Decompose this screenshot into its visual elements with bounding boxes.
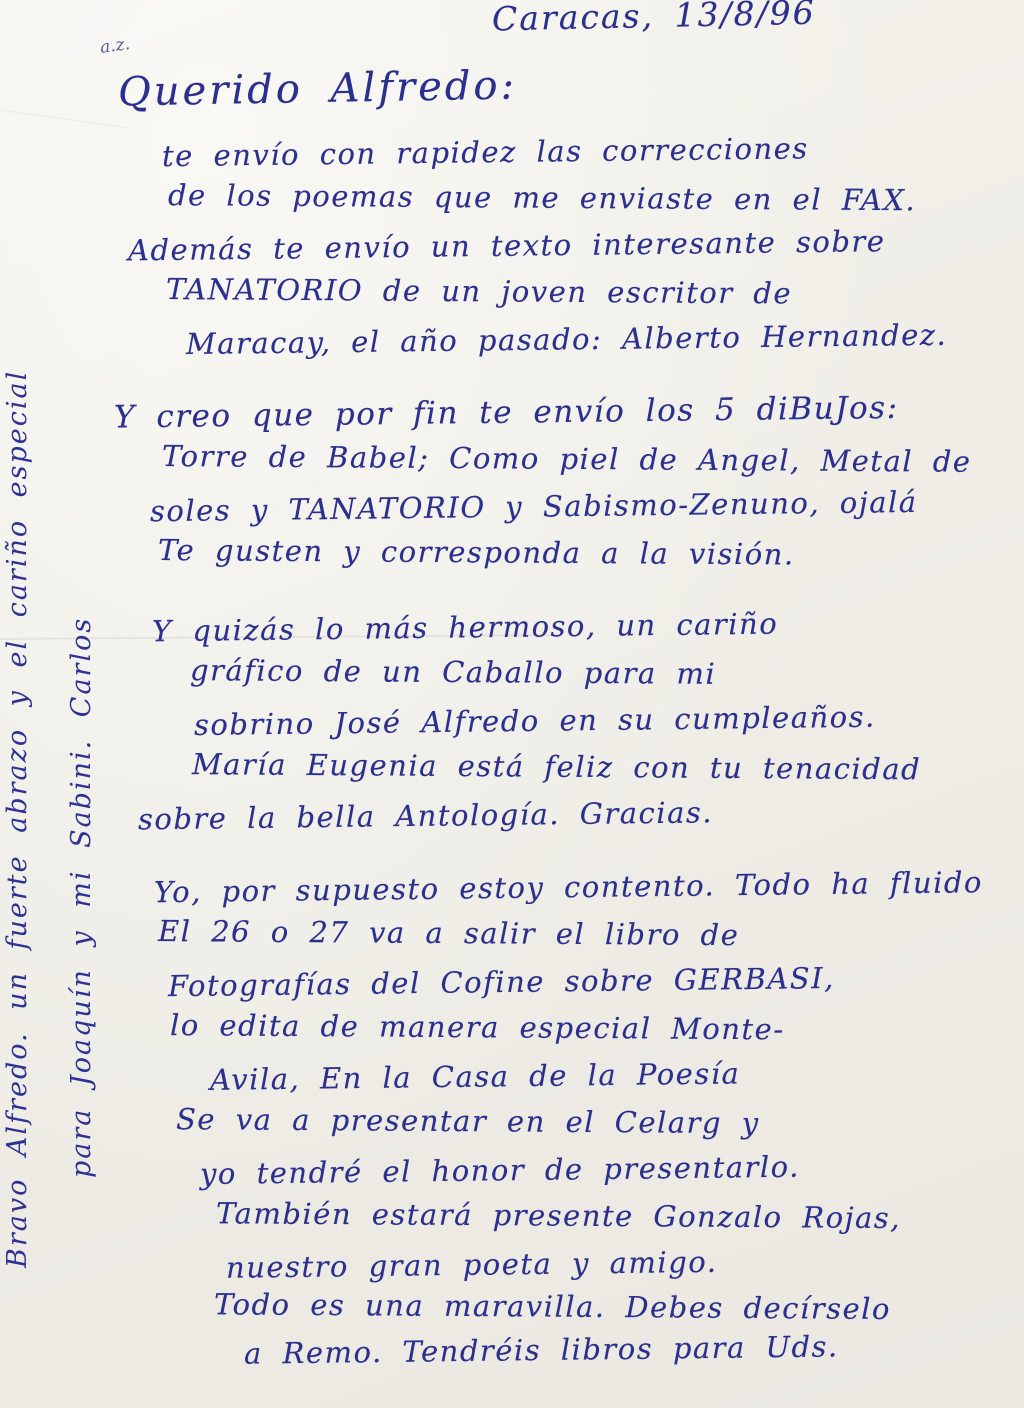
letter-body: te envío con rapidez las correcciones de… [128, 128, 1008, 1371]
paragraph-line: gráfico de un Caballo para mi [190, 647, 1008, 700]
paragraph-line: Yo, por supuesto estoy contento. Todo ha… [154, 859, 1009, 916]
paragraph-line: a Remo. Tendréis libros para Uds. [244, 1322, 1008, 1375]
paragraph-line: Fotografías del Cofine sobre GERBASI, [168, 953, 1009, 1010]
paragraph-1: te envío con rapidez las correcciones de… [128, 128, 1008, 363]
letter-date: Caracas, 13/8/96 [492, 0, 1013, 38]
letter-page: Caracas, 13/8/96 a.z. Querido Alfredo: t… [0, 0, 1024, 1408]
paragraph-line: El 26 o 27 va a salir el libro de [158, 908, 1008, 961]
paragraph-line: soles y TANATORIO y Sabismo-Zenuno, ojal… [150, 478, 1009, 535]
paragraph-2: Y creo que por fin te envío los 5 diBuJo… [128, 389, 1008, 577]
paragraph-line: te envío con rapidez las correcciones [162, 123, 1009, 180]
paragraph-line: Torre de Babel; Como piel de Angel, Meta… [162, 433, 1008, 486]
paragraph-line: Y quizás lo más hermoso, un cariño [152, 598, 1009, 655]
paragraph-line: de los poemas que me enviaste en el FAX. [168, 172, 1008, 225]
paragraph-line: Maracay, el año pasado: Alberto Hernande… [186, 311, 1009, 368]
paragraph-line: TANATORIO de un joven escritor de [166, 266, 1008, 319]
margin-note-signature: para Joaquín y mi Sabini. Carlos [66, 398, 97, 1178]
paragraph-line: También estará presente Gonzalo Rojas, [216, 1190, 1008, 1243]
paragraph-line: sobre la bella Antología. Gracias. [138, 786, 1009, 844]
paragraph-line: sobrino José Alfredo en su cumpleaños. [194, 692, 1009, 749]
paragraph-line: Además te envío un texto interesante sob… [128, 217, 1009, 275]
salutation: Querido Alfredo: [118, 63, 518, 116]
paragraph-3: Y quizás lo más hermoso, un cariño gráfi… [128, 603, 1008, 838]
margin-note-farewell: Bravo Alfredo. un fuerte abrazo y el car… [2, 8, 33, 1268]
paragraph-line: Avila, En la Casa de la Poesía [210, 1047, 1009, 1104]
paragraph-line: lo edita de manera especial Monte- [170, 1002, 1008, 1055]
paragraph-4: Yo, por supuesto estoy contento. Todo ha… [128, 864, 1008, 1371]
paragraph-line: yo tendré el honor de presentarlo. [200, 1141, 1009, 1198]
paragraph-line: nuestro gran poeta y amigo. [226, 1235, 1009, 1292]
paragraph-line: Te gusten y corresponda a la visión. [158, 527, 1008, 580]
paragraph-line: Se va a presentar en el Celarg y [176, 1096, 1008, 1149]
pencil-annotation: a.z. [99, 34, 131, 58]
paragraph-line: María Eugenia está feliz con tu tenacida… [192, 741, 1008, 794]
